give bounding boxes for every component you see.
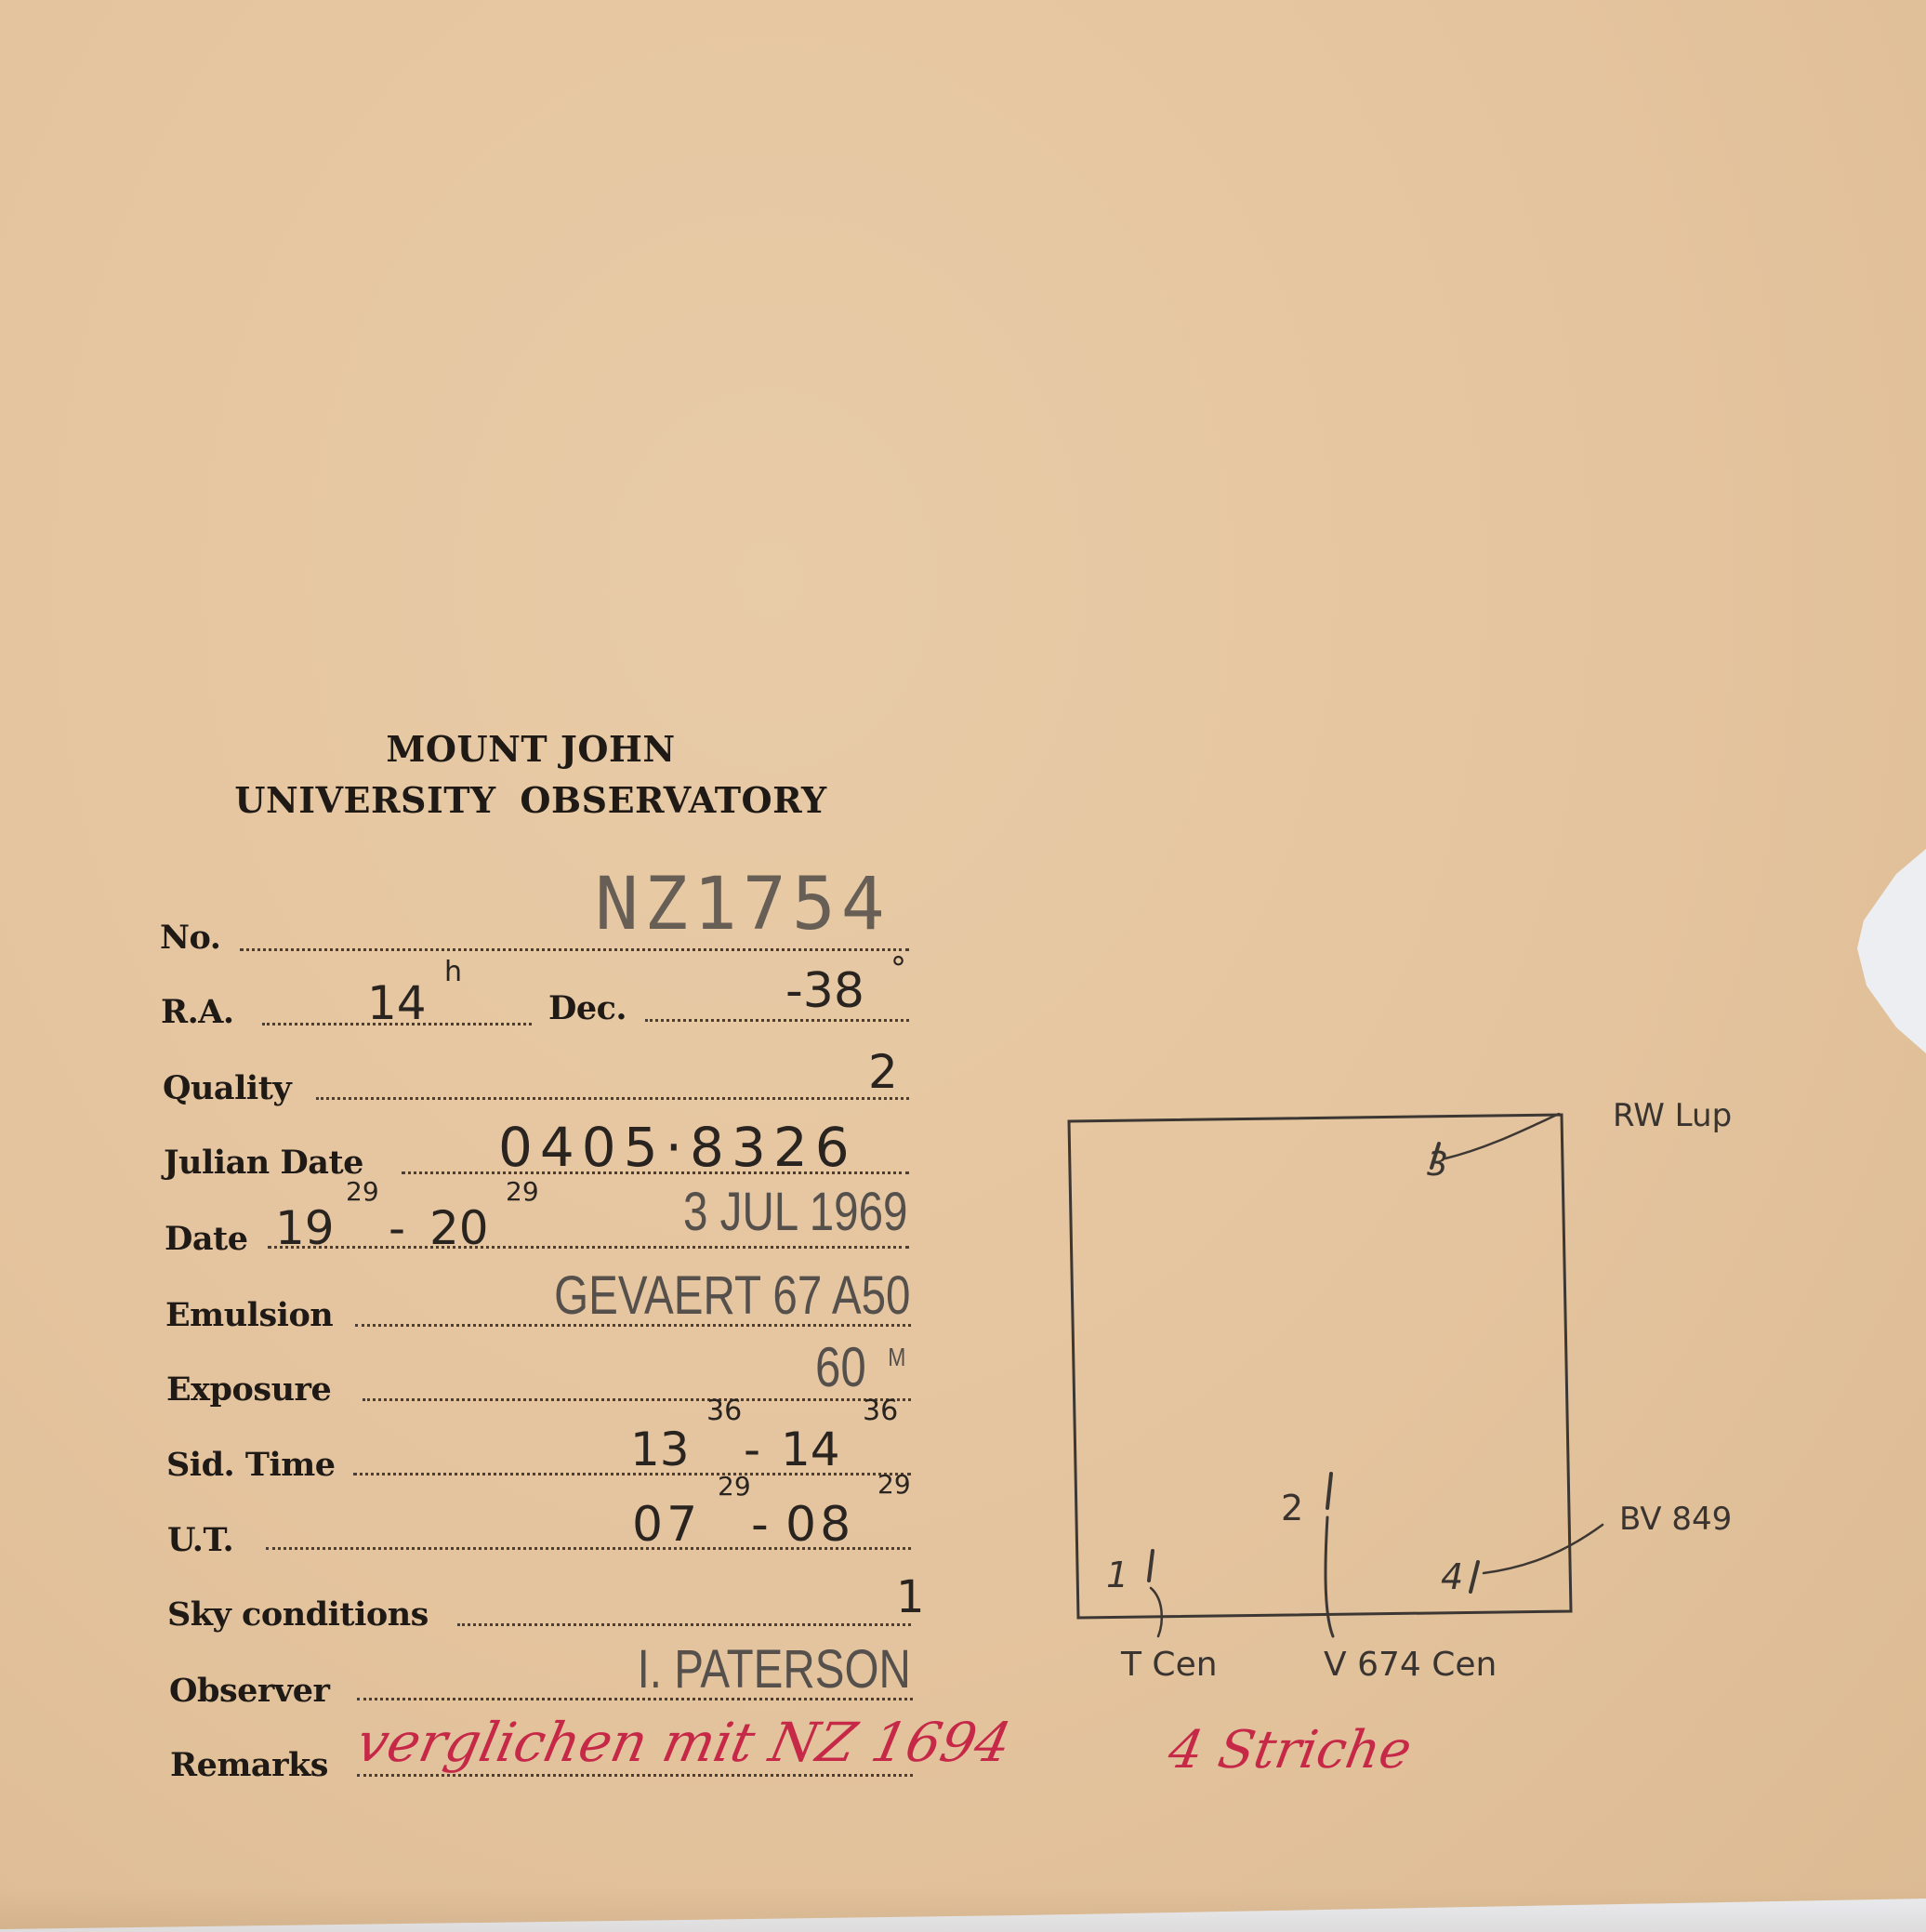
star-2-name: V 674 Cen xyxy=(1324,1646,1497,1684)
star-3-name: RW Lup xyxy=(1613,1097,1732,1134)
dec-unit: ° xyxy=(890,950,906,987)
dec-label: Dec. xyxy=(548,989,627,1027)
date-label: Date xyxy=(165,1220,247,1258)
emulsion-value: GEVAERT 67 A50 xyxy=(555,1264,911,1327)
date-separator: - xyxy=(389,1201,405,1255)
no-label: No. xyxy=(160,919,220,957)
star-1-mark: 1 xyxy=(1106,1555,1128,1595)
exposure-label: Exposure xyxy=(166,1370,331,1409)
ra-label: R.A. xyxy=(161,993,234,1031)
exposure-unit: M xyxy=(888,1343,905,1372)
exposure-value: 60 xyxy=(815,1335,866,1399)
dec-value: -38 xyxy=(785,963,864,1019)
observer-value: I. PATERSON xyxy=(638,1638,911,1700)
ra-unit: h xyxy=(444,956,462,988)
date-time-to: 20 xyxy=(429,1201,489,1255)
julian-date-label: Julian Date xyxy=(164,1144,363,1182)
ut-to: 08 xyxy=(785,1497,854,1553)
dec-dotted-line xyxy=(645,1019,909,1022)
date-time-to-min: 29 xyxy=(506,1176,539,1207)
date-time-from: 19 xyxy=(275,1201,335,1255)
ut-to-min: 29 xyxy=(877,1469,911,1500)
star-2-mark: 2 xyxy=(1281,1488,1303,1528)
sky-conditions-value: 1 xyxy=(896,1571,925,1623)
julian-date-value: 0405·8326 xyxy=(498,1116,857,1179)
marks-note: 4 Striche xyxy=(1164,1720,1416,1780)
quality-label: Quality xyxy=(163,1069,291,1107)
date-dotted-line xyxy=(268,1246,909,1249)
sky-conditions-label: Sky conditions xyxy=(167,1595,429,1634)
ut-from-min: 29 xyxy=(718,1471,751,1502)
remarks-value: verglichen mit NZ 1694 xyxy=(351,1711,1017,1774)
sid-time-label: Sid. Time xyxy=(166,1446,336,1484)
observatory-name-line1: MOUNT JOHN xyxy=(0,728,1062,770)
observer-label: Observer xyxy=(169,1672,329,1710)
sid-time-to: 14 xyxy=(781,1423,840,1476)
quality-value: 2 xyxy=(868,1045,898,1099)
ut-separator: - xyxy=(751,1497,769,1553)
sid-time-to-min: 36 xyxy=(863,1395,898,1427)
quality-dotted-line xyxy=(316,1097,909,1100)
ut-from: 07 xyxy=(632,1497,701,1553)
sid-time-from-min: 36 xyxy=(706,1395,742,1427)
date-time-from-min: 29 xyxy=(346,1176,379,1207)
no-dotted-line xyxy=(240,948,909,951)
star-4-name: BV 849 xyxy=(1619,1501,1732,1538)
sid-time-from: 13 xyxy=(630,1423,690,1476)
star-4-mark: 4 xyxy=(1441,1556,1463,1597)
ut-label: U.T. xyxy=(167,1521,233,1559)
plate-number: NZ1754 xyxy=(595,863,890,946)
emulsion-label: Emulsion xyxy=(165,1296,333,1334)
star-1-name: T Cen xyxy=(1121,1646,1218,1684)
sky-conditions-dotted-line xyxy=(457,1623,911,1626)
sid-time-separator: - xyxy=(744,1423,760,1476)
star-3-mark: 3 xyxy=(1427,1145,1448,1184)
date-stamp: 3 JUL 1969 xyxy=(683,1181,908,1243)
plate-envelope xyxy=(0,0,1926,1932)
remarks-label: Remarks xyxy=(170,1746,328,1784)
observatory-name-line2: UNIVERSITY OBSERVATORY xyxy=(0,779,1062,821)
remarks-dotted-line xyxy=(357,1774,913,1777)
ra-value: 14 xyxy=(367,976,427,1030)
